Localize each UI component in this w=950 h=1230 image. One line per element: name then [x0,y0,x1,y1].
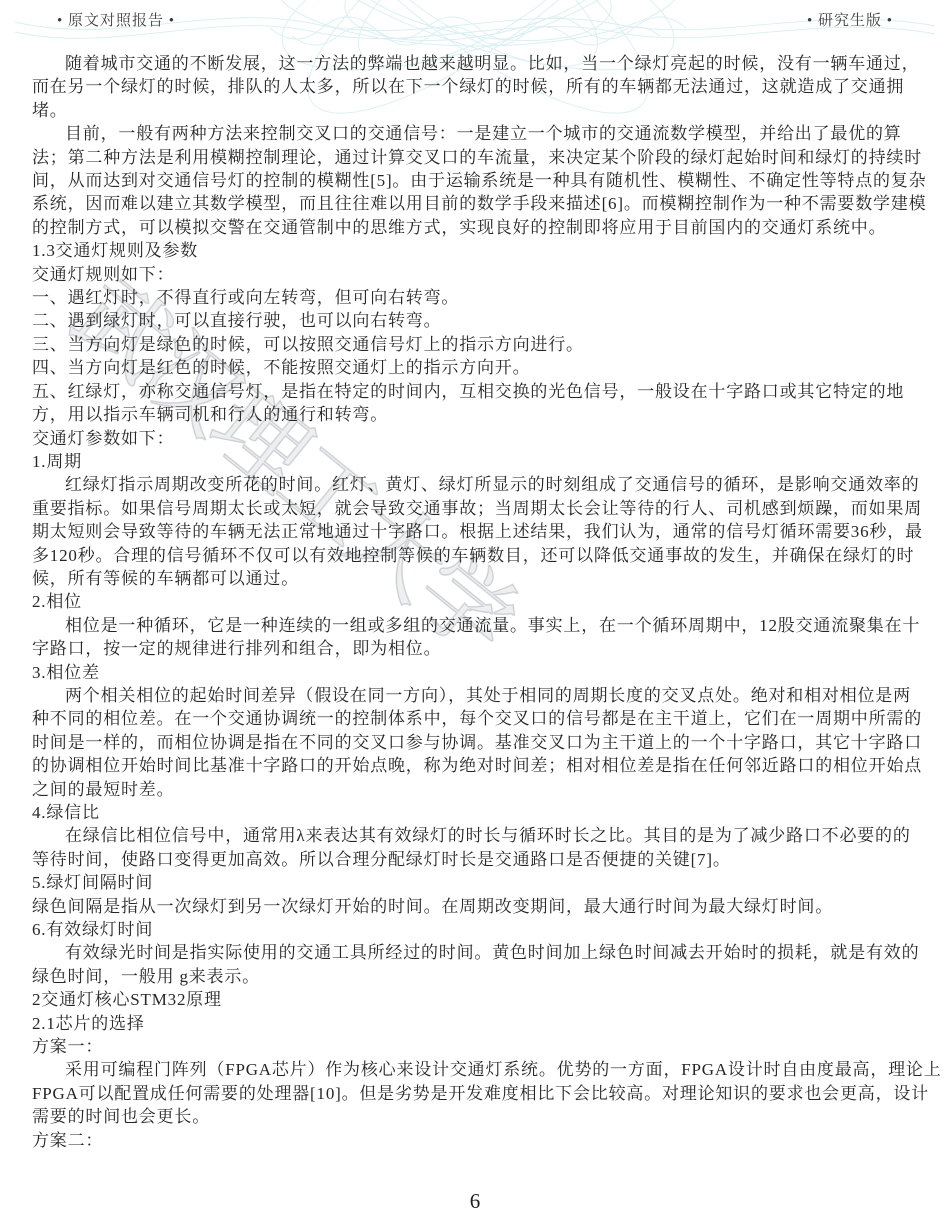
text-line: 的协调相位开始时间比基准十字路口的开始点晚，称为绝对时间差；相对相位差是指在任何… [32,754,920,777]
text-line: 2交通灯核心STM32原理 [32,988,920,1011]
text-line: 堵。 [32,99,920,122]
text-line: 重要指标。如果信号周期太长或太短，就会导致交通事故；当周期太长会让等待的行人、司… [32,497,920,520]
text-line: 随着城市交通的不断发展，这一方法的弊端也越来越明显。比如，当一个绿灯亮起的时候，… [32,52,920,75]
report-page: • 原文对照报告 • • 研究生版 • 武汉理工大学 随着城市交通的不断发展，这… [0,0,950,1230]
text-line: 期太短则会导致等待的车辆无法正常地通过十字路口。根据上述结果，我们认为，通常的信… [32,520,920,543]
text-line: 候，所有等候的车辆都可以通过。 [32,567,920,590]
text-line: FPGA可以配置成任何需要的处理器[10]。但是劣势是开发难度相比下会比较高。对… [32,1082,920,1105]
text-line: 1.周期 [32,450,920,473]
text-line: 一、遇红灯时，不得直行或向左转弯，但可向右转弯。 [32,286,920,309]
text-line: 2.相位 [32,590,920,613]
text-line: 时间是一样的，而相位协调是指在不同的交叉口参与协调。基准交叉口为主干道上的一个十… [32,731,920,754]
text-line: 方，用以指示车辆司机和行人的通行和转弯。 [32,403,920,426]
text-line: 的控制方式，可以模拟交警在交通管制中的思维方式，实现良好的控制即将应用于目前国内… [32,216,920,239]
text-line: 二、遇到绿灯时，可以直接行驶，也可以向右转弯。 [32,309,920,332]
text-line: 绿色间隔是指从一次绿灯到另一次绿灯开始的时间。在周期改变期间，最大通行时间为最大… [32,895,920,918]
text-line: 系统，因而难以建立其数学模型，而且往往难以用目前的数学手段来描述[6]。而模糊控… [32,192,920,215]
text-line: 种不同的相位差。在一个交通协调统一的控制体系中，每个交叉口的信号都是在主干道上，… [32,707,920,730]
text-line: 方案二： [32,1129,920,1152]
header-report-type: • 原文对照报告 • [57,9,175,30]
text-line: 6.有效绿灯时间 [32,918,920,941]
text-line: 而在另一个绿灯的时候，排队的人太多，所以在下一个绿灯的时候，所有的车辆都无法通过… [32,75,920,98]
text-line: 交通灯参数如下： [32,427,920,450]
text-line: 等待时间，使路口变得更加高效。所以合理分配绿灯时长是交通路口是否便捷的关键[7]… [32,848,920,871]
text-line: 五、红绿灯，亦称交通信号灯，是指在特定的时间内，互相交换的光色信号，一般设在十字… [32,380,920,403]
text-line: 采用可编程门阵列（FPGA芯片）作为核心来设计交通灯系统。优势的一方面，FPGA… [32,1058,920,1081]
document-body: 随着城市交通的不断发展，这一方法的弊端也越来越明显。比如，当一个绿灯亮起的时候，… [32,52,920,1152]
text-line: 4.绿信比 [32,801,920,824]
page-number: 6 [470,1189,481,1213]
text-line: 2.1芯片的选择 [32,1012,920,1035]
text-line: 需要的时间也会更长。 [32,1105,920,1128]
page-footer: 6 [0,1189,950,1214]
text-line: 法；第二种方法是利用模糊控制理论，通过计算交叉口的车流量，来决定某个阶段的绿灯起… [32,146,920,169]
text-line: 四、当方向灯是红色的时候，不能按照交通灯上的指示方向开。 [32,356,920,379]
text-line: 相位是一种循环，它是一种连续的一组或多组的交通流量。事实上，在一个循环周期中，1… [32,614,920,637]
text-line: 交通灯规则如下： [32,263,920,286]
text-line: 红绿灯指示周期改变所花的时间。红灯、黄灯、绿灯所显示的时刻组成了交通信号的循环，… [32,473,920,496]
text-line: 间，从而达到对交通信号灯的控制的模糊性[5]。由于运输系统是一种具有随机性、模糊… [32,169,920,192]
text-line: 3.相位差 [32,661,920,684]
text-line: 两个相关相位的起始时间差异（假设在同一方向），其处于相同的周期长度的交叉点处。绝… [32,684,920,707]
text-line: 绿色时间，一般用 g来表示。 [32,965,920,988]
text-line: 方案一： [32,1035,920,1058]
text-line: 字路口，按一定的规律进行排列和组合，即为相位。 [32,637,920,660]
text-line: 多120秒。合理的信号循环不仅可以有效地控制等候的车辆数目，还可以降低交通事故的… [32,544,920,567]
text-line: 目前，一般有两种方法来控制交叉口的交通信号：一是建立一个城市的交通流数学模型，并… [32,122,920,145]
header-edition: • 研究生版 • [807,9,893,30]
text-line: 在绿信比相位信号中，通常用λ来表达其有效绿灯的时长与循环时长之比。其目的是为了减… [32,824,920,847]
text-line: 之间的最短时差。 [32,778,920,801]
text-line: 有效绿光时间是指实际使用的交通工具所经过的时间。黄色时间加上绿色时间减去开始时的… [32,941,920,964]
text-line: 1.3交通灯规则及参数 [32,239,920,262]
page-header: • 原文对照报告 • • 研究生版 • [57,9,893,30]
text-line: 三、当方向灯是绿色的时候，可以按照交通信号灯上的指示方向进行。 [32,333,920,356]
text-line: 5.绿灯间隔时间 [32,871,920,894]
